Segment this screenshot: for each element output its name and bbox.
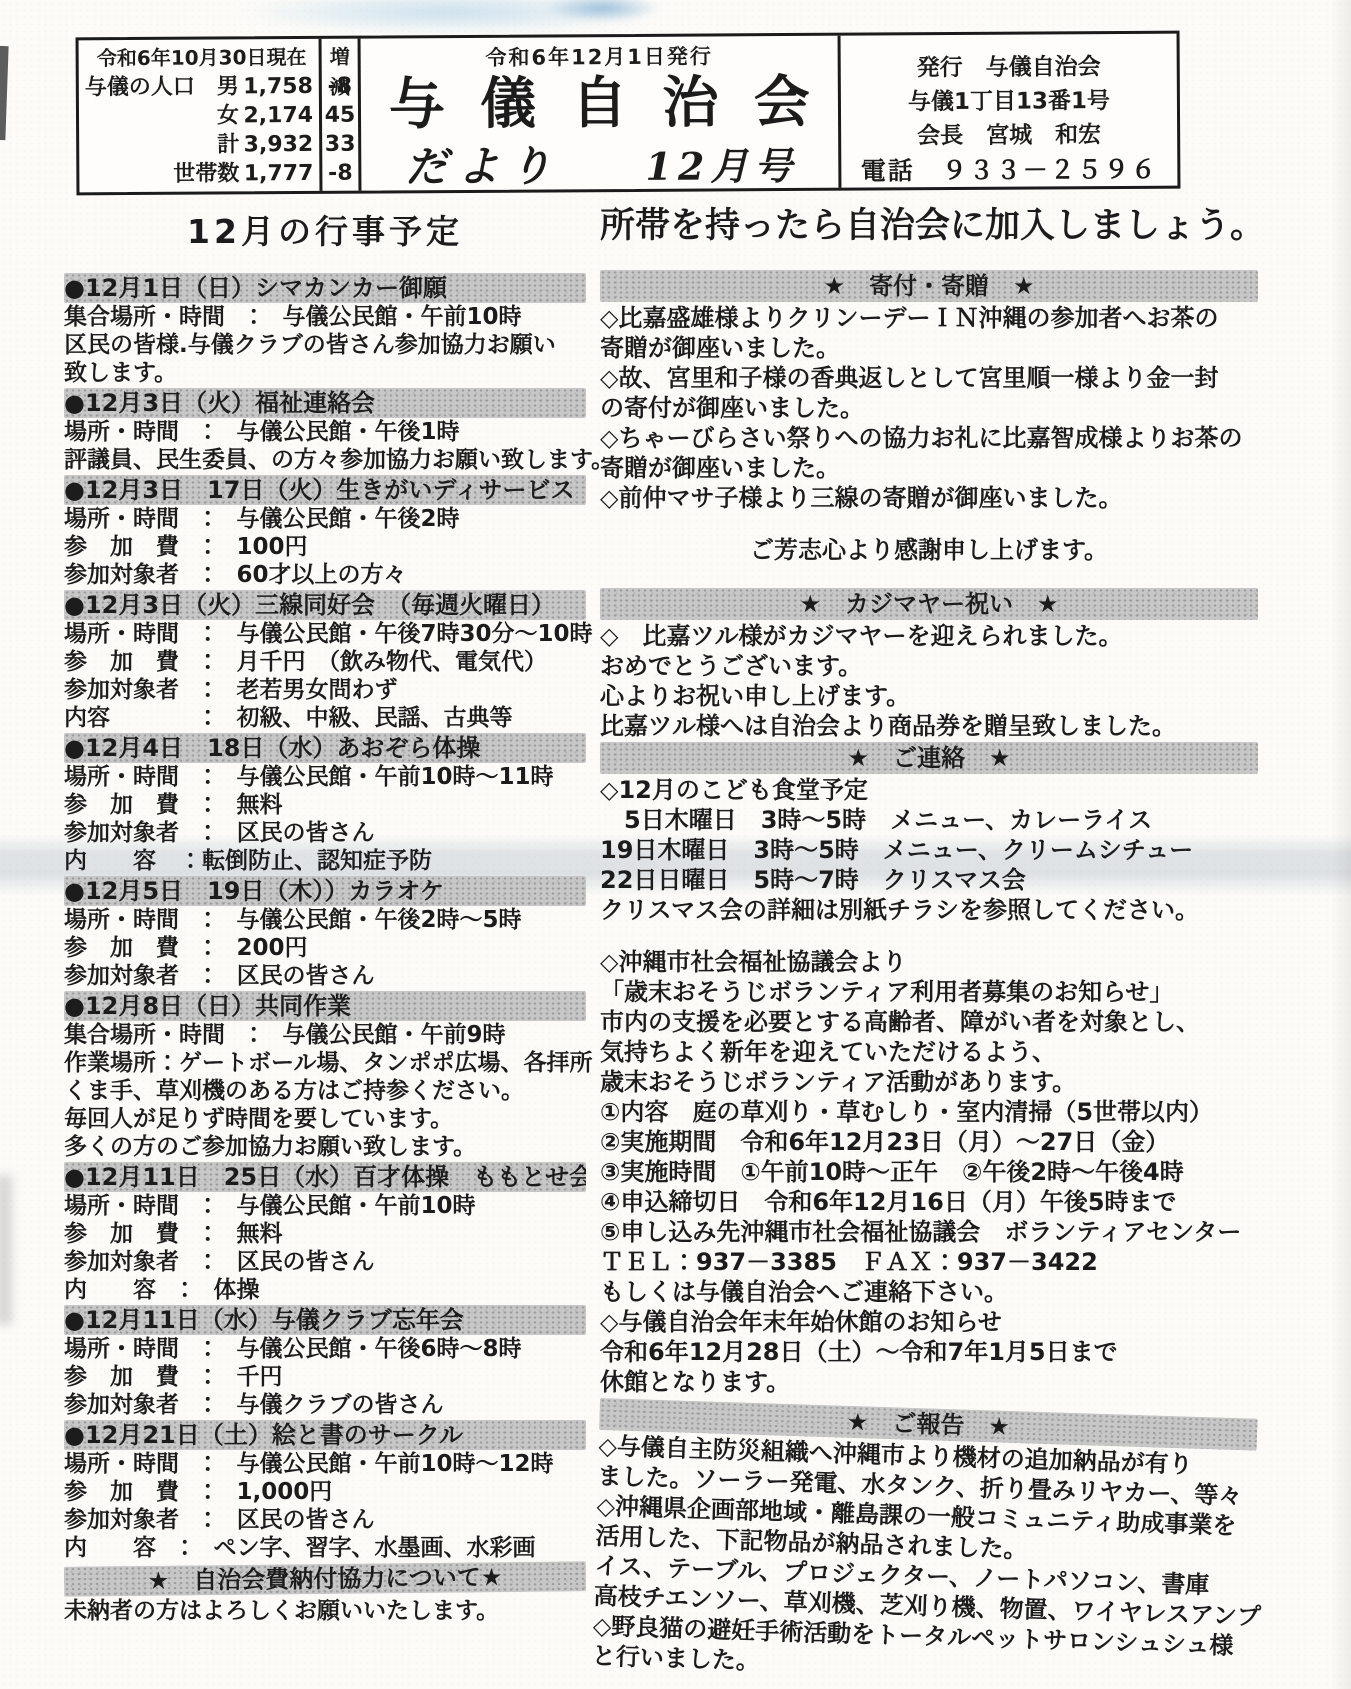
newsletter-subtitle: だより 12月号 [361,132,838,195]
stats-row: 女2,174 [85,101,319,131]
population-change-column: 増減 -84533-8 [319,39,359,191]
event-line: 参 加 費 ： 100円 [64,533,586,561]
event-line: 参 加 費 ： 無料 [64,791,586,819]
stat-change-value: 33 [322,130,358,159]
event-title-banner: ●12月8日（日）共同作業 [64,991,586,1021]
event: ●12月11日 25日（水）百才体操 ももとせ会場所・時間 ： 与儀公民館・午前… [64,1162,586,1304]
subtitle-dayori: だより [405,133,561,194]
notices-column: 所帯を持ったら自治会に加入しましょう。 ★ 寄付・寄贈 ★◇比嘉盛雄様よりクリン… [600,198,1258,1671]
events-list: ●12月1日（日）シマカンカー御願集合場所・時間 ： 与儀公民館・午前10時区民… [64,273,586,1562]
section-line: 寄贈が御座いました。 [600,453,1258,483]
event-line: 内 容 ：転倒防止、認知症予防 [64,847,586,875]
event-title-banner: ●12月1日（日）シマカンカー御願 [64,273,586,303]
section-line: ④申込締切日 令和6年12月16日（月）午後5時まで [600,1187,1258,1217]
events-heading: 12月の行事予定 [64,206,586,253]
section-line: 心よりお祝い申し上げます。 [600,681,1258,711]
section-line: ご芳志心より感謝申し上げます。 [600,535,1258,565]
section-line: ②実施期間 令和6年12月23日（月）～27日（金） [600,1127,1258,1157]
event-line: 場所・時間 ： 与儀公民館・午後2時 [64,505,586,533]
event-line: 評議員、民生委員、の方々参加協力お願い致します。 [64,446,586,474]
stats-change-values: -84533-8 [322,72,359,188]
section-banner: ★ ご連絡 ★ [600,742,1258,774]
section-line: ◇比嘉盛雄様よりクリンーデーＩＮ沖縄の参加者へお茶の [600,303,1258,333]
title-character: 会 [754,72,810,132]
section-line: 「歳末おそうじボランティア利用者募集のお知らせ」 [600,977,1258,1007]
dues-banner: ★ 自治会費納付協力について★ [64,1561,586,1596]
stat-change-value: -8 [322,72,358,101]
scan-artifact-blue-small [545,0,660,22]
event-title-banner: ●12月11日 25日（水）百才体操 ももとせ会 [64,1162,586,1192]
section-line: ◇故、宮里和子様の香典返しとして宮里順一様より金一封 [600,363,1258,393]
spacer [600,925,1258,947]
section-line: ◇12月のこども食堂予定 [600,775,1258,805]
event: ●12月3日 17日（火）生きがいディサービス場所・時間 ： 与儀公民館・午後2… [64,475,586,589]
event-line: 場所・時間 ： 与儀公民館・午後6時～8時 [64,1335,586,1363]
event-line: 参加対象者 ： 区民の皆さん [64,1506,586,1534]
event-line: 致します。 [64,359,586,387]
title-character: 治 [663,72,719,132]
title-character: 与 [389,74,445,134]
event-line: 内容 ： 初級、中級、民謡、古典等 [64,704,586,732]
scan-smudge-left [0,1175,12,1325]
notice-section: ★ 寄付・寄贈 ★◇比嘉盛雄様よりクリンーデーＩＮ沖縄の参加者へお茶の寄贈が御座… [600,270,1258,587]
stats-rows: 与儀の人口 男1,758女2,174計3,932世帯数1,777 [85,72,320,189]
stats-row: 与儀の人口 男1,758 [85,72,319,102]
event: ●12月1日（日）シマカンカー御願集合場所・時間 ： 与儀公民館・午前10時区民… [64,273,586,387]
dues-note: 未納者の方はよろしくお願いいたします。 [64,1596,586,1626]
event-line: 場所・時間 ： 与儀公民館・午後7時30分～10時 [64,620,586,648]
stats-date-label: 令和6年10月30日現在 [85,42,319,73]
newsletter-title-block: 令和6年12月1日発行 与儀自治会 だより 12月号 [361,36,842,191]
section-line: ③実施時間 ①午前10時～正午 ②午後2時～午後4時 [600,1157,1258,1187]
subtitle-issue-number: 12月号 [645,135,798,191]
section-line: 22日日曜日 5時～7時 クリスマス会 [600,865,1258,895]
event: ●12月3日（火）福祉連絡会場所・時間 ： 与儀公民館・午後1時評議員、民生委員… [64,388,586,474]
section-line: 19日木曜日 3時～5時 メニュー、クリームシチュー [600,835,1258,865]
section-line: クリスマス会の詳細は別紙チラシを参照してください。 [600,895,1258,925]
section-line: ◇沖縄市社会福祉協議会より [600,947,1258,977]
stat-value: 1,777 [239,159,319,188]
event-line: 参加対象者 ： 区民の皆さん [64,1248,586,1276]
event-line: 参加対象者 ： 老若男女問わず [64,676,586,704]
section-line: 令和6年12月28日（土）～令和7年1月5日まで [600,1337,1258,1367]
event: ●12月8日（日）共同作業集合場所・時間 ： 与儀公民館・午前9時作業場所：ゲー… [64,991,586,1161]
notice-section: ★ カジマヤー祝い ★◇ 比嘉ツル様がカジマヤーを迎えられました。おめでとうござ… [600,588,1258,741]
event: ●12月21日（土）絵と書のサークル場所・時間 ： 与儀公民館・午前10時～12… [64,1420,586,1562]
scan-artifact-edge-mark [0,46,9,140]
event-title-banner: ●12月4日 18日（水）あおぞら体操 [64,733,586,763]
event: ●12月4日 18日（水）あおぞら体操場所・時間 ： 与儀公民館・午前10時～1… [64,733,586,875]
publisher-phone: 電話 ９３３－２５９６ [841,152,1177,190]
section-line: ◇前仲マサ子様より三線の寄贈が御座いました。 [600,483,1258,513]
section-line: 気持ちよく新年を迎えていただけるよう、 [600,1037,1258,1067]
newsletter-page: 令和6年10月30日現在 与儀の人口 男1,758女2,174計3,932世帯数… [0,0,1351,1689]
section-line: ◇ちゃーびらさい祭りへの協力お礼に比嘉智成様よりお茶の [600,423,1258,453]
title-character: 儀 [480,74,536,134]
section-line: 休館となります。 [600,1367,1258,1397]
event-line: 内 容 ： 体操 [64,1276,586,1304]
notice-section: ★ ご連絡 ★◇12月のこども食堂予定 5日木曜日 3時～5時 メニュー、カレー… [600,742,1258,1397]
event-line: 場所・時間 ： 与儀公民館・午前10時 [64,1192,586,1220]
event-title-banner: ●12月3日 17日（火）生きがいディサービス [64,475,586,505]
publisher-chairman: 会長 宮城 和宏 [841,118,1177,154]
event-line: 参 加 費 ： 無料 [64,1220,586,1248]
event-title-banner: ●12月3日（火）三線同好会 （毎週火曜日） [64,590,586,620]
event-line: 参加対象者 ： 与儀クラブの皆さん [64,1391,586,1419]
event-line: 参加対象者 ： 区民の皆さん [64,962,586,990]
event: ●12月11日（水）与儀クラブ忘年会場所・時間 ： 与儀公民館・午後6時～8時参… [64,1305,586,1419]
section-banner: ★ カジマヤー祝い ★ [600,588,1258,620]
publisher-name: 発行 与儀自治会 [841,50,1177,86]
stats-row: 計3,932 [85,130,319,160]
section-line: ◇与儀自治会年末年始休館のお知らせ [600,1307,1258,1337]
event-title-banner: ●12月3日（火）福祉連絡会 [64,388,586,418]
section-line: ①内容 庭の草刈り・草むしり・室内清掃（5世帯以内） [600,1097,1258,1127]
section-line: 寄贈が御座いました。 [600,333,1258,363]
stat-change-value: 45 [322,101,358,130]
section-line: ＴＥＬ：937－3385 ＦＡＸ：937－3422 [600,1247,1258,1277]
stats-row: 世帯数1,777 [85,159,319,189]
event-line: 参 加 費 ： 200円 [64,934,586,962]
scan-artifact-blue [235,0,665,34]
join-association-heading: 所帯を持ったら自治会に加入しましょう。 [600,198,1258,248]
spacer [600,565,1258,587]
notice-sections: ★ 寄付・寄贈 ★◇比嘉盛雄様よりクリンーデーＩＮ沖縄の参加者へお茶の寄贈が御座… [600,270,1258,1671]
event-line: 区民の皆様.与儀クラブの皆さん参加協力お願い [64,331,586,359]
event-line: 内 容 ： ペン字、習字、水墨画、水彩画 [64,1534,586,1562]
stat-value: 1,758 [239,72,319,101]
event: ●12月5日 19日（木））カラオケ場所・時間 ： 与儀公民館・午後2時～5時参… [64,876,586,990]
event-line: 参 加 費 ： 月千円 （飲み物代、電気代） [64,648,586,676]
event-line: 場所・時間 ： 与儀公民館・午前10時～11時 [64,763,586,791]
event-line: 集合場所・時間 ： 与儀公民館・午前9時 [64,1021,586,1049]
stat-label: 計 [85,130,239,160]
notice-section: ★ ご報告 ★◇与儀自主防災組織へ沖縄市より機材の追加納品が有りました。ソーラー… [591,1398,1257,1689]
scan-edge-right [1331,0,1351,1689]
event-line: 場所・時間 ： 与儀公民館・午前10時～12時 [64,1450,586,1478]
event-line: 場所・時間 ： 与儀公民館・午後2時～5時 [64,906,586,934]
event-title-banner: ●12月5日 19日（木））カラオケ [64,876,586,906]
event-title-banner: ●12月21日（土）絵と書のサークル [64,1420,586,1450]
event-line: 作業場所：ゲートボール場、タンポポ広場、各拝所 [64,1049,586,1077]
publisher-block: 発行 与儀自治会 与儀1丁目13番1号 会長 宮城 和宏 電話 ９３３－２５９６ [841,34,1178,188]
section-line: 歳末おそうじボランティア活動があります。 [600,1067,1258,1097]
stat-label: 世帯数 [85,159,239,189]
event-line: 参加対象者 ： 区民の皆さん [64,819,586,847]
section-line: 市内の支援を必要とする高齢者、障がい者を対象とし、 [600,1007,1258,1037]
event-line: 参 加 費 ： 千円 [64,1363,586,1391]
stats-change-label: 増減 [322,42,358,72]
event: ●12月3日（火）三線同好会 （毎週火曜日）場所・時間 ： 与儀公民館・午後7時… [64,590,586,732]
section-line: もしくは与儀自治会へご連絡下さい。 [600,1277,1258,1307]
stat-label: 女 [85,101,239,131]
spacer [600,513,1258,535]
population-stats-main: 令和6年10月30日現在 与儀の人口 男1,758女2,174計3,932世帯数… [79,39,320,192]
masthead: 令和6年10月30日現在 与儀の人口 男1,758女2,174計3,932世帯数… [76,31,1181,196]
section-line: 5日木曜日 3時～5時 メニュー、カレーライス [600,805,1258,835]
event-line: 毎回人が足りず時間を要しています。 [64,1105,586,1133]
event-line: 場所・時間 ： 与儀公民館・午後1時 [64,418,586,446]
section-line: ◇ 比嘉ツル様がカジマヤーを迎えられました。 [600,621,1258,651]
section-line: おめでとうございます。 [600,651,1258,681]
event-line: 参 加 費 ： 1,000円 [64,1478,586,1506]
event-line: 多くの方のご参加協力お願い致します。 [64,1133,586,1161]
stat-change-value: -8 [322,159,358,188]
section-line: の寄付が御座いました。 [600,393,1258,423]
newsletter-title: 与儀自治会 [361,70,838,135]
stat-value: 2,174 [239,101,319,130]
publish-date: 令和6年12月1日発行 [361,40,838,73]
section-line: ⑤申し込み先沖縄市社会福祉協議会 ボランティアセンター [600,1217,1258,1247]
events-column: 12月の行事予定 ●12月1日（日）シマカンカー御願集合場所・時間 ： 与儀公民… [64,206,586,1626]
population-stats-table: 令和6年10月30日現在 与儀の人口 男1,758女2,174計3,932世帯数… [79,39,362,193]
event-line: 集合場所・時間 ： 与儀公民館・午前10時 [64,303,586,331]
stat-value: 3,932 [239,130,319,159]
event-title-banner: ●12月11日（水）与儀クラブ忘年会 [64,1305,586,1335]
stat-label: 与儀の人口 男 [85,72,239,102]
title-character: 自 [571,73,627,133]
publisher-address: 与儀1丁目13番1号 [841,84,1177,120]
event-line: 参加対象者 ： 60才以上の方々 [64,561,586,589]
event-line: くま手、草刈機のある方はご持参ください。 [64,1077,586,1105]
section-banner: ★ 寄付・寄贈 ★ [600,270,1258,302]
section-line: 比嘉ツル様へは自治会より商品券を贈呈致しました。 [600,711,1258,741]
